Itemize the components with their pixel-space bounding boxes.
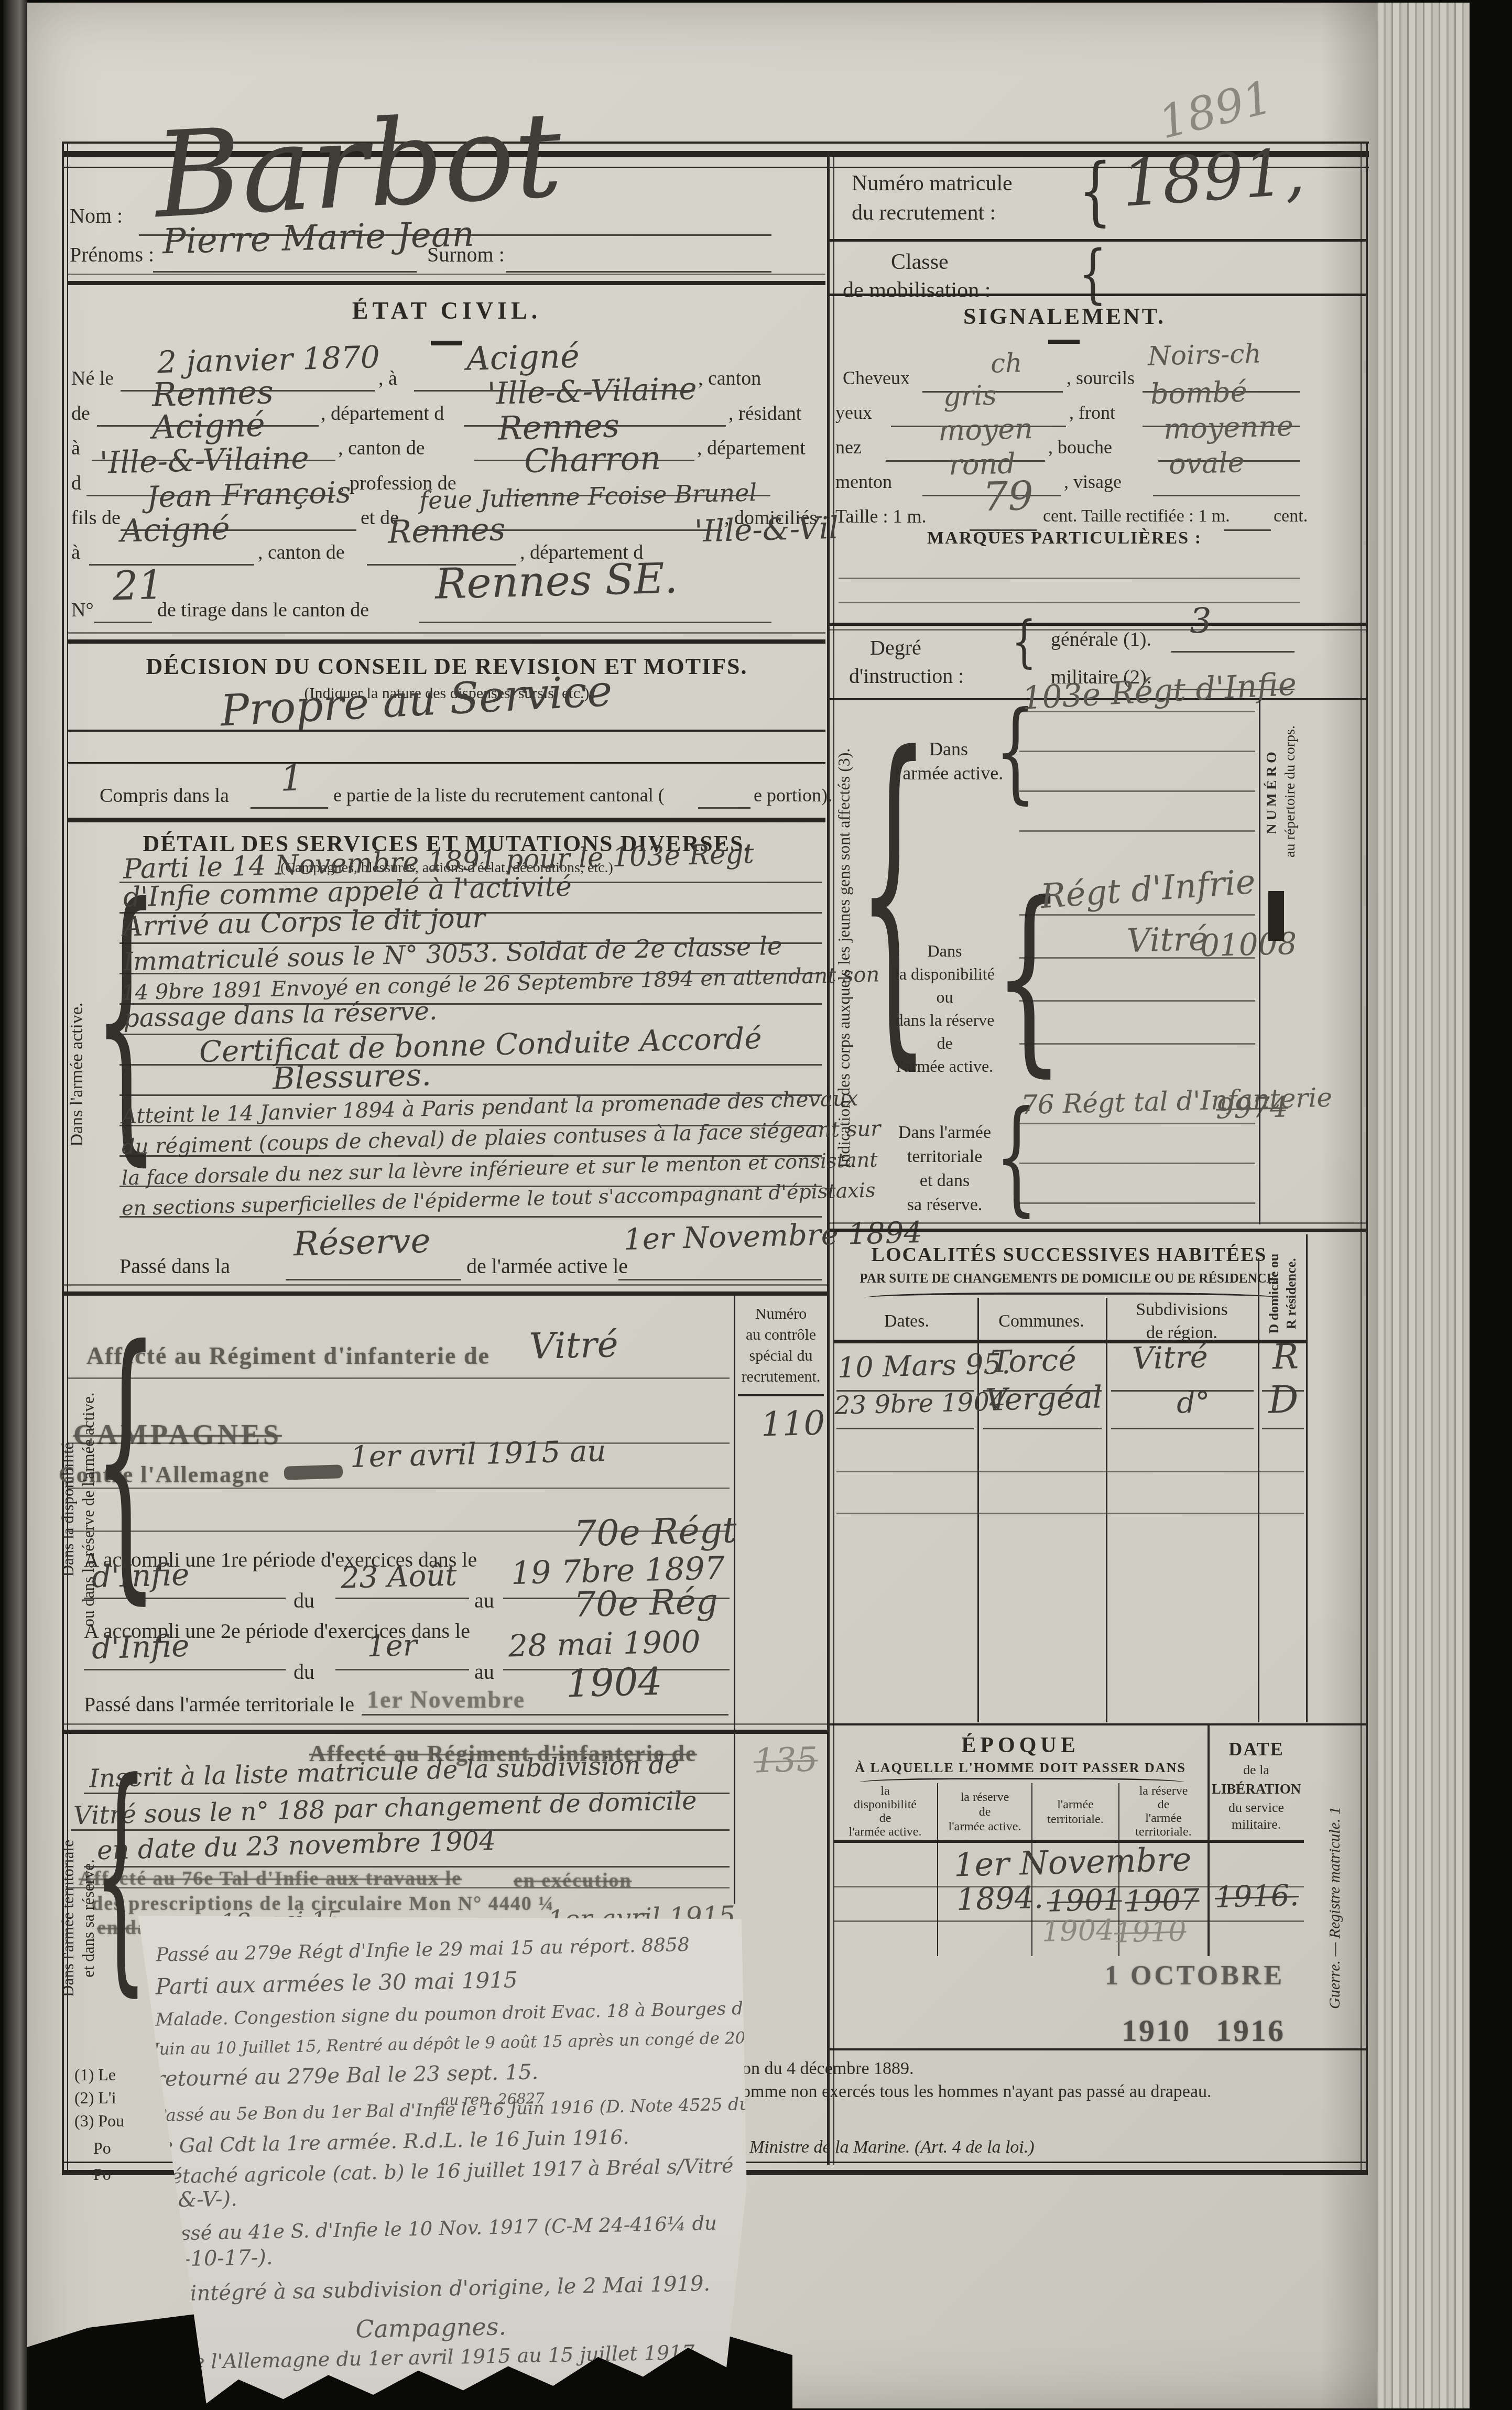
legal-line-1: uction du 4 décembre 1889.: [715, 2059, 914, 2079]
footnote-left-1: (1) Le: [74, 2065, 116, 2085]
contre-allemagne-value: 1er avril 1915 au: [350, 1434, 606, 1474]
localites-col-dr-line1: D domicile ou: [1266, 1244, 1283, 1343]
ec-r3-label2: , canton de: [338, 437, 425, 460]
footnote-left-3: (3) Pou: [74, 2111, 124, 2131]
territoriale-label: Passé dans l'armée territoriale le: [84, 1692, 354, 1717]
ec-r2-label2: , département d: [321, 402, 444, 425]
corps-terr-label-2: territoriale: [880, 1147, 1009, 1167]
corps-active-line-1: [1019, 711, 1255, 712]
visage-value: ovale: [1168, 446, 1245, 481]
ec-r1-label2: , à: [378, 367, 397, 390]
corps-dispo-line-2: [1019, 957, 1255, 959]
corps-active-line-2: [1019, 751, 1255, 752]
yeux-label: yeux: [835, 401, 872, 424]
territoriale-brace: {: [93, 1751, 148, 1998]
contre-crossed-word: [284, 1464, 343, 1480]
ec-r7-label1: N°: [71, 599, 94, 622]
compris-label-3: e portion).: [754, 784, 832, 806]
corps-vertical-text: Indication des corps auxquels les jeunes…: [833, 696, 854, 1220]
epoque-col3-l1: l'armée: [1032, 1798, 1118, 1812]
controle-label-2: au contrôle: [737, 1326, 825, 1344]
passe-reserve-value-1: Réserve: [293, 1222, 431, 1264]
ec-r4-label1: d: [71, 472, 81, 495]
ec-r5-value1: Jean François: [146, 475, 351, 515]
ec-r2-label1: de: [71, 402, 90, 425]
corps-terr-label-3: et dans: [880, 1171, 1009, 1191]
dispo-brace: {: [93, 1313, 158, 1605]
periode2-ul-1: [84, 1669, 286, 1670]
etat-civil-dash: [431, 341, 462, 345]
matricule-label-line2: du recrutement :: [852, 200, 996, 225]
ec-r4-value2: Charron: [524, 439, 661, 480]
epoque-1916-stamp: 1916: [1216, 2013, 1285, 2049]
epoque-col4-l4: territoriale.: [1119, 1825, 1208, 1839]
marques-line-2: [839, 602, 1300, 603]
periode2-ul-2: [335, 1669, 469, 1670]
signalement-dash: [1048, 340, 1080, 344]
armee-active-vertical-text: Dans l'armée active.: [66, 886, 89, 1263]
territoriale-bottom-rule: [62, 1723, 827, 1725]
localites-r2-commune: Vergéal: [985, 1379, 1103, 1417]
epoque-col4-l2: de: [1119, 1798, 1208, 1812]
periode1-value-3: 23 Août: [340, 1558, 457, 1595]
ec-r3-label1: à: [71, 437, 80, 460]
surnom-label: Surnom :: [427, 242, 505, 267]
guerre-side-text: Guerre. — Registre matricule. 1: [1325, 1659, 1345, 2157]
corps-active-line-3: [1019, 790, 1255, 792]
affecte-rule: [68, 1377, 730, 1379]
ec-r6-value1: Acigné: [120, 510, 230, 549]
localites-r1-dr: R: [1272, 1336, 1299, 1377]
epoque-header-rule: [834, 1840, 1304, 1843]
compris-ul-2: [698, 807, 750, 809]
passe-reserve-label-2: de l'armée active le: [466, 1254, 628, 1278]
compris-label-1: Compris dans la: [100, 784, 229, 807]
corps-terr-line-1: [1019, 1123, 1255, 1124]
corps-terr-line-2: [1019, 1163, 1255, 1164]
localites-divider-3: [1258, 1258, 1259, 1722]
ec-r7-ul1: [94, 622, 152, 623]
ec-r7-value1: 21: [112, 561, 164, 609]
corps-terr-label-4: sa réserve.: [880, 1195, 1009, 1215]
epoque-col1-l2: disponibilité: [834, 1798, 936, 1812]
corps-dispo-label-4: dans la réserve: [880, 1011, 1009, 1030]
epoque-title: ÉPOQUE: [833, 1733, 1208, 1758]
epoque-octobre-stamp: 1 OCTOBRE: [1105, 1960, 1285, 1991]
note-line-12: Réintégré à sa subdivision d'origine, le…: [161, 2272, 710, 2306]
ec-r7-ul2: [419, 622, 771, 623]
territoriale-ul: [362, 1714, 728, 1716]
controle-label-3: spécial du: [737, 1347, 825, 1365]
matricule-label-line1: Numéro matricule: [852, 171, 1013, 196]
corps-vertical-label: Indication des corps auxquels les jeunes…: [833, 696, 856, 1220]
classe-label-line2: de mobilisation :: [843, 278, 991, 303]
epoque-1910-stamp: 1910: [1122, 2013, 1191, 2049]
periode2-value-3: 1er: [366, 1629, 417, 1664]
note-line-7: le Gal Cdt la 1re armée. R.d.L. le 16 Ju…: [155, 2125, 629, 2157]
epoque-1907: 1907: [1124, 1883, 1200, 1918]
passe-reserve-ul-1: [286, 1279, 461, 1280]
epoque-1910: 1910: [1114, 1914, 1187, 1949]
guerre-side-label: Guerre. — Registre matricule. 1: [1325, 1659, 1346, 2157]
bouche-value: moyenne: [1163, 409, 1293, 446]
ec-r5-label1: fils de: [71, 506, 121, 529]
degre-generale-ul: [1171, 651, 1295, 653]
service-ul-7: [119, 1064, 822, 1066]
localites-col-communes: Communes.: [979, 1311, 1104, 1331]
sourcils-label: , sourcils: [1067, 367, 1135, 389]
territoriale-vertical-line1: Dans l'armée territoriale: [58, 1751, 79, 2086]
numero-repertoire-label: NUMÉRO au répertoire du corps.: [1263, 692, 1299, 891]
matricule-brace: {: [1079, 153, 1112, 228]
etat-civil-title: ÉTAT CIVIL.: [68, 297, 825, 324]
nom-label: Nom :: [70, 203, 123, 228]
territoriale-value: 1904: [565, 1659, 662, 1706]
epoque-date-l3: LIBÉRATION: [1210, 1781, 1303, 1797]
corps-terr-line-3: [1019, 1202, 1255, 1204]
compris-value: 1: [280, 757, 303, 799]
localites-title: LOCALITÉS SUCCESSIVES HABITÉES: [833, 1243, 1305, 1266]
corps-dispo-line-4: [1019, 1043, 1255, 1045]
epoque-col2-l3: l'armée active.: [938, 1820, 1031, 1834]
signalement-title: SIGNALEMENT.: [829, 303, 1300, 330]
epoque-col1-l4: l'armée active.: [834, 1825, 936, 1839]
nez-label: nez: [835, 436, 862, 458]
footnote-left-5: Po: [93, 2165, 111, 2184]
corps-bottom-rule: [830, 1222, 1366, 1224]
name-block-heavy-rule: [68, 281, 825, 285]
prenoms-underline: [153, 271, 417, 273]
ec-r1-label3: , canton: [698, 367, 761, 390]
nez-value: moyen: [938, 412, 1033, 447]
localites-r2-date: 23 9bre 1904: [834, 1387, 1006, 1420]
visage-label: , visage: [1064, 471, 1122, 493]
epoque-1894: 1894.: [956, 1880, 1044, 1917]
corps-active-line-4: [1019, 830, 1255, 832]
degre-brace: {: [1011, 614, 1037, 670]
service-line-8: Blessures.: [272, 1057, 431, 1096]
legal-line-4: Ministre de la Marine. (Art. 4 de la loi…: [749, 2137, 1035, 2157]
corps-bottom-heavy-rule: [830, 1229, 1366, 1232]
compris-heavy-rule: [68, 818, 825, 822]
affecte-regiment-value: Vitré: [529, 1324, 619, 1367]
epoque-novembre: 1er Novembre: [953, 1840, 1192, 1884]
territoriale-bottom-heavy-rule: [62, 1730, 827, 1734]
localites-empty-line-1: [836, 1471, 1304, 1472]
epoque-col1-l3: de: [834, 1811, 936, 1826]
periode2-label-2: du: [293, 1659, 314, 1684]
matricule-value: 1891,: [1119, 134, 1307, 221]
note-campagnes-title: Campagnes.: [355, 2312, 507, 2343]
services-bottom-rule: [62, 1284, 827, 1286]
controle-divider: [734, 1296, 735, 1904]
epoque-top-rule: [830, 1723, 1366, 1725]
note-line-2: Parti aux armées le 30 mai 1915: [155, 1967, 518, 1999]
corps-dispo-value-2: Vitré: [1126, 919, 1209, 960]
classe-rule: [830, 294, 1366, 296]
periode2-label-3: au: [474, 1659, 494, 1684]
taille-label-3: cent.: [1274, 506, 1308, 526]
epoque-col1-l1: la: [834, 1784, 936, 1798]
epoque-col2-l1: la réserve: [938, 1790, 1031, 1805]
passe-reserve-ul-2: [618, 1279, 822, 1280]
corps-dispo-line-1: [1019, 914, 1255, 916]
corps-active-label-2: l'armée active.: [886, 762, 1011, 784]
epoque-1916: 1916.: [1214, 1879, 1299, 1915]
localites-col-dr-label: D domicile ou R résidence.: [1266, 1244, 1298, 1343]
corps-terr-value-num: 9974: [1215, 1090, 1288, 1125]
epoque-date-l1: DATE: [1210, 1738, 1303, 1760]
classe-label-line1: Classe: [891, 249, 949, 275]
ec-r3-label3: , département: [697, 437, 806, 460]
controle-value-135: 135: [753, 1741, 818, 1781]
contre-rule: [68, 1488, 730, 1489]
taille-value: 79: [982, 472, 1034, 520]
note-line-10: Passé au 41e S. d'Infie le 10 Nov. 1917 …: [157, 2212, 717, 2245]
ec-r6-label2: , canton de: [258, 541, 345, 564]
degre-generale-value: 3: [1189, 600, 1212, 641]
corps-dispo-label-5: de: [891, 1034, 998, 1053]
periode2-value-2: d'Infie: [91, 1628, 190, 1666]
compris-label-2: e partie de la liste du recrutement cant…: [333, 784, 665, 806]
ec-bottom-rule: [68, 632, 825, 634]
localites-r2-ul-1: [836, 1428, 974, 1429]
name-block-rule: [68, 274, 825, 275]
ec-r6-value2: Rennes: [387, 511, 506, 550]
periode2-value-4: 28 mai 1900: [508, 1624, 701, 1664]
epoque-col3-l2: territoriale.: [1032, 1812, 1118, 1827]
footnote-left-4: Po: [93, 2138, 111, 2158]
territoriale-stamp: 1er Novembre: [367, 1686, 525, 1713]
controle-label-1: Numéro: [737, 1305, 825, 1323]
periode2-value-1: 70e Rég: [573, 1581, 719, 1625]
controle-label-4: recrutement.: [737, 1368, 825, 1386]
localites-col-dr-line2: R résidence.: [1283, 1244, 1300, 1343]
degre-label-1: Degré: [870, 635, 921, 660]
ec-r7-label2: de tirage dans le canton de: [157, 599, 369, 622]
dispo-vertical-line1: Dans la disponibilité: [58, 1305, 79, 1714]
localites-r2-ul-3: [1111, 1428, 1254, 1429]
controle-rule: [738, 1394, 824, 1396]
corps-active-label-1: Dans: [901, 738, 996, 760]
localites-right-border: [1306, 1234, 1308, 1722]
note-line-8: Détaché agricole (cat. b) le 16 juillet …: [155, 2154, 734, 2188]
epoque-col4-l1: la réserve: [1119, 1784, 1208, 1798]
left-gutter-page-sliver: [3, 0, 27, 2410]
corps-dispo-label-2: la disponibilité: [880, 964, 1009, 984]
ec-r6-value3: 'Ille-&-Vil: [694, 510, 839, 549]
decision-rule-2: [68, 762, 825, 764]
corps-dispo-label-3: ou: [891, 987, 998, 1007]
photograph-backdrop: { "meta": { "pencil_year": "1891" }, "he…: [0, 0, 1512, 2410]
yeux-value: gris: [943, 380, 997, 412]
controle-value: 110: [760, 1404, 825, 1445]
compris-ul-1: [251, 807, 328, 809]
visage-ul: [1153, 495, 1300, 496]
ec-bottom-heavy-rule: [68, 639, 825, 644]
form-right-border-inner: [1361, 142, 1362, 2175]
note-line-1: Passé au 279e Régt d'Infie le 29 mai 15 …: [156, 1934, 690, 1966]
footnote-left-2: (2) L'i: [74, 2088, 116, 2108]
localites-subtitle: PAR SUITE DE CHANGEMENTS DE DOMICILE OU …: [833, 1272, 1305, 1286]
localites-r2-ul-4: [1262, 1428, 1304, 1429]
prescriptions-rule: [68, 1887, 730, 1888]
corps-dispo-label-1: Dans: [891, 941, 998, 961]
localites-r1-commune: Torcé: [990, 1342, 1076, 1380]
ec-r7-value2: Rennes SE.: [434, 553, 678, 608]
sourcils-value: Noirs-ch: [1147, 338, 1261, 371]
epoque-col4-l3: l'armée: [1119, 1811, 1208, 1826]
degre-generale-label: générale (1).: [1051, 628, 1151, 651]
ec-r2-label3: , résidant: [728, 402, 801, 425]
periode1-label-2: du: [293, 1588, 314, 1613]
epoque-date-l2: de la: [1210, 1762, 1303, 1778]
periode1-ul-2: [335, 1598, 469, 1599]
ec-r6-label1: à: [71, 541, 80, 564]
cheveux-label: Cheveux: [843, 367, 910, 389]
front-label: , front: [1069, 401, 1115, 424]
form-right-border: [1366, 142, 1368, 2175]
legal-line-2: ra comme non exercés tous les hommes n'a…: [715, 2082, 1211, 2102]
front-value: bombé: [1150, 375, 1247, 410]
cheveux-value: ch: [990, 348, 1022, 378]
epoque-col2-l2: de: [938, 1805, 1031, 1819]
surnom-underline: [506, 271, 771, 273]
corps-dispo-line-3: [1019, 1000, 1255, 1002]
decision-rule-1: [68, 730, 825, 732]
epoque-date-l5: militaire.: [1210, 1817, 1303, 1832]
marques-heavy-rule: [830, 623, 1366, 626]
localites-r2-dr: D: [1268, 1377, 1299, 1421]
localites-col-subdiv-1: Subdivisions: [1107, 1300, 1257, 1320]
localites-r1-date: 10 Mars 95.: [837, 1347, 1010, 1384]
service-ul-12: [119, 1216, 822, 1218]
prenoms-label: Prénoms :: [70, 242, 154, 267]
epoque-1904: 1904: [1041, 1913, 1114, 1948]
localites-r2-subdiv: d°: [1176, 1385, 1210, 1420]
numero-repertoire-line2: au répertoire du corps.: [1281, 692, 1299, 891]
periode1-value-1: 70e Régt: [573, 1510, 737, 1555]
ec-r1-value2: Acigné: [466, 336, 580, 377]
marques-line-1: [839, 578, 1300, 579]
ec-r1-label1: Né le: [71, 367, 114, 390]
taille-label-2: cent. Taille rectifiée : 1 m.: [1043, 506, 1230, 526]
note-line-4: Juin au 10 Juillet 15, Rentré au dépôt l…: [153, 2028, 792, 2059]
numero-repertoire-divider: [1259, 700, 1260, 1224]
ec-r3-value1: Acigné: [151, 405, 265, 446]
ec-r2-value2: 'Ille-&-Vilaine: [487, 371, 697, 411]
marques-title: MARQUES PARTICULIÈRES :: [829, 528, 1300, 548]
localites-r2-ul-2: [983, 1428, 1102, 1429]
ec-r4-value1: 'Ille-&-Vilaine: [99, 440, 309, 481]
periode1-label-3: au: [474, 1588, 494, 1613]
localites-divider-2: [1106, 1298, 1107, 1722]
armee-active-vertical-label: Dans l'armée active.: [66, 886, 89, 1263]
bouche-label: , bouche: [1048, 436, 1112, 458]
localites-col-dates: Dates.: [839, 1311, 975, 1331]
corps-terr-label-1: Dans l'armée: [880, 1123, 1009, 1143]
localites-r1-subdiv: Vitré: [1132, 1339, 1208, 1376]
services-bottom-heavy-rule: [62, 1291, 827, 1296]
epoque-bottom-rule: [830, 2048, 1366, 2050]
menton-label: menton: [835, 471, 892, 493]
book-fore-edge: [1377, 3, 1470, 2408]
corps-dispo-label-6: l'armée active.: [880, 1057, 1009, 1076]
numero-repertoire-mark: [1268, 891, 1284, 941]
passe-reserve-label-1: Passé dans la: [119, 1254, 230, 1278]
epoque-subtitle: À LAQUELLE L'HOMME DOIT PASSER DANS: [833, 1760, 1208, 1776]
pasted-note-paper: Passé au 279e Régt d'Infie le 29 mai 15 …: [104, 1916, 748, 2406]
numero-repertoire-line1: NUMÉRO: [1263, 692, 1281, 891]
note-line-3: Malade. Congestion signe du poumon droit…: [155, 1998, 771, 2031]
taille-label-1: Taille : 1 m.: [835, 505, 926, 527]
travaux-stamp-2: en exécution: [514, 1869, 632, 1892]
note-line-5: retourné au 279e Bal le 23 sept. 15.: [155, 2060, 538, 2091]
localites-empty-line-2: [836, 1513, 1304, 1514]
epoque-date-l4: du service: [1210, 1800, 1303, 1816]
